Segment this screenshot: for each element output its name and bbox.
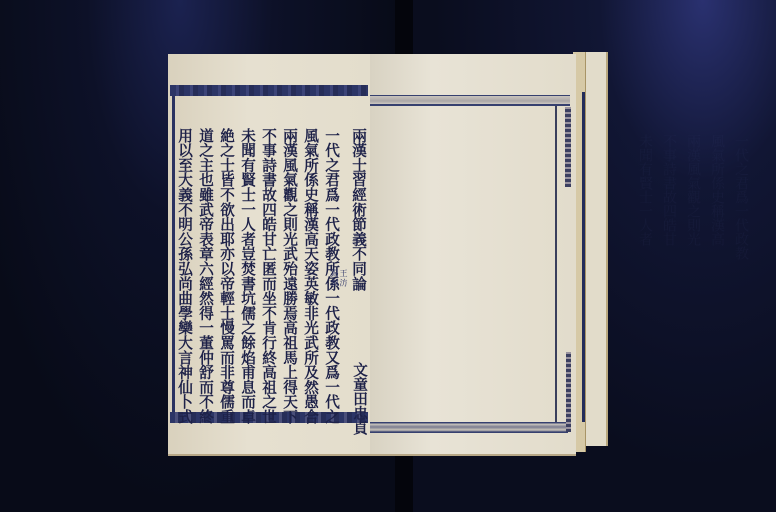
ghost-column: 風氣所係史稱漢高: [708, 134, 726, 404]
essay-title: 兩漢士習經術節義不同論: [349, 128, 368, 278]
right-page: 一代之君爲一代政教 風氣所係史稱漢高 兩漢風氣觀之則光 不事詩書故四皓甘 未聞有…: [370, 54, 576, 456]
text-column-2: 風氣所係史稱漢高天姿英敏非光武所及然愚合: [301, 128, 320, 418]
ghost-column: 一代之君爲一代政教: [732, 134, 750, 404]
ghost-column: 未聞有賢士一人者: [636, 134, 654, 404]
author-note-1: 王汸: [339, 269, 347, 288]
ghost-column: 兩漢風氣觀之則光: [684, 134, 702, 404]
author-annotation: 王汸 錫刻: [330, 269, 347, 288]
right-top-border-band: [370, 95, 570, 106]
open-book: 兩漢士習經術節義不同論 一代之君爲一代政教所係一代政教又爲一代之 風氣所係史稱漢…: [168, 52, 608, 456]
text-column-8: 用以至大義不明公孫弘尚曲學欒大言神仙卜式: [175, 128, 194, 418]
right-bottom-border-band: [370, 422, 568, 433]
fore-edge-print-top: [565, 107, 571, 187]
text-column-6: 絶之士皆不欲出耶亦以帝輕士慢罵而非尊儒重: [217, 128, 236, 418]
fore-edge-print-bottom: [566, 352, 571, 432]
show-through-text: 一代之君爲一代政教 風氣所係史稱漢高 兩漢風氣觀之則光 不事詩書故四皓甘 未聞有…: [580, 134, 750, 404]
ghost-column: 不事詩書故四皓甘: [660, 134, 678, 404]
author-note-2: 錫刻: [330, 269, 338, 288]
author-name: 文童田忠貞: [350, 362, 369, 435]
text-column-4: 不事詩書故四皓甘亡匿而坐不肯行終高祖之世: [259, 128, 278, 418]
text-column-7: 道之主也雖武帝表章六經然得一董仲舒而不終: [196, 128, 215, 418]
left-page: 兩漢士習經術節義不同論 一代之君爲一代政教所係一代政教又爲一代之 風氣所係史稱漢…: [168, 54, 370, 456]
text-column-3: 兩漢風氣觀之則光武殆遠勝焉高祖馬上得天下: [280, 128, 299, 418]
top-border-band: [170, 85, 368, 96]
right-frame-line: [555, 106, 557, 422]
text-column-5: 未聞有賢士一人者豈焚書坑儒之餘焰甫息而卓: [238, 128, 257, 418]
